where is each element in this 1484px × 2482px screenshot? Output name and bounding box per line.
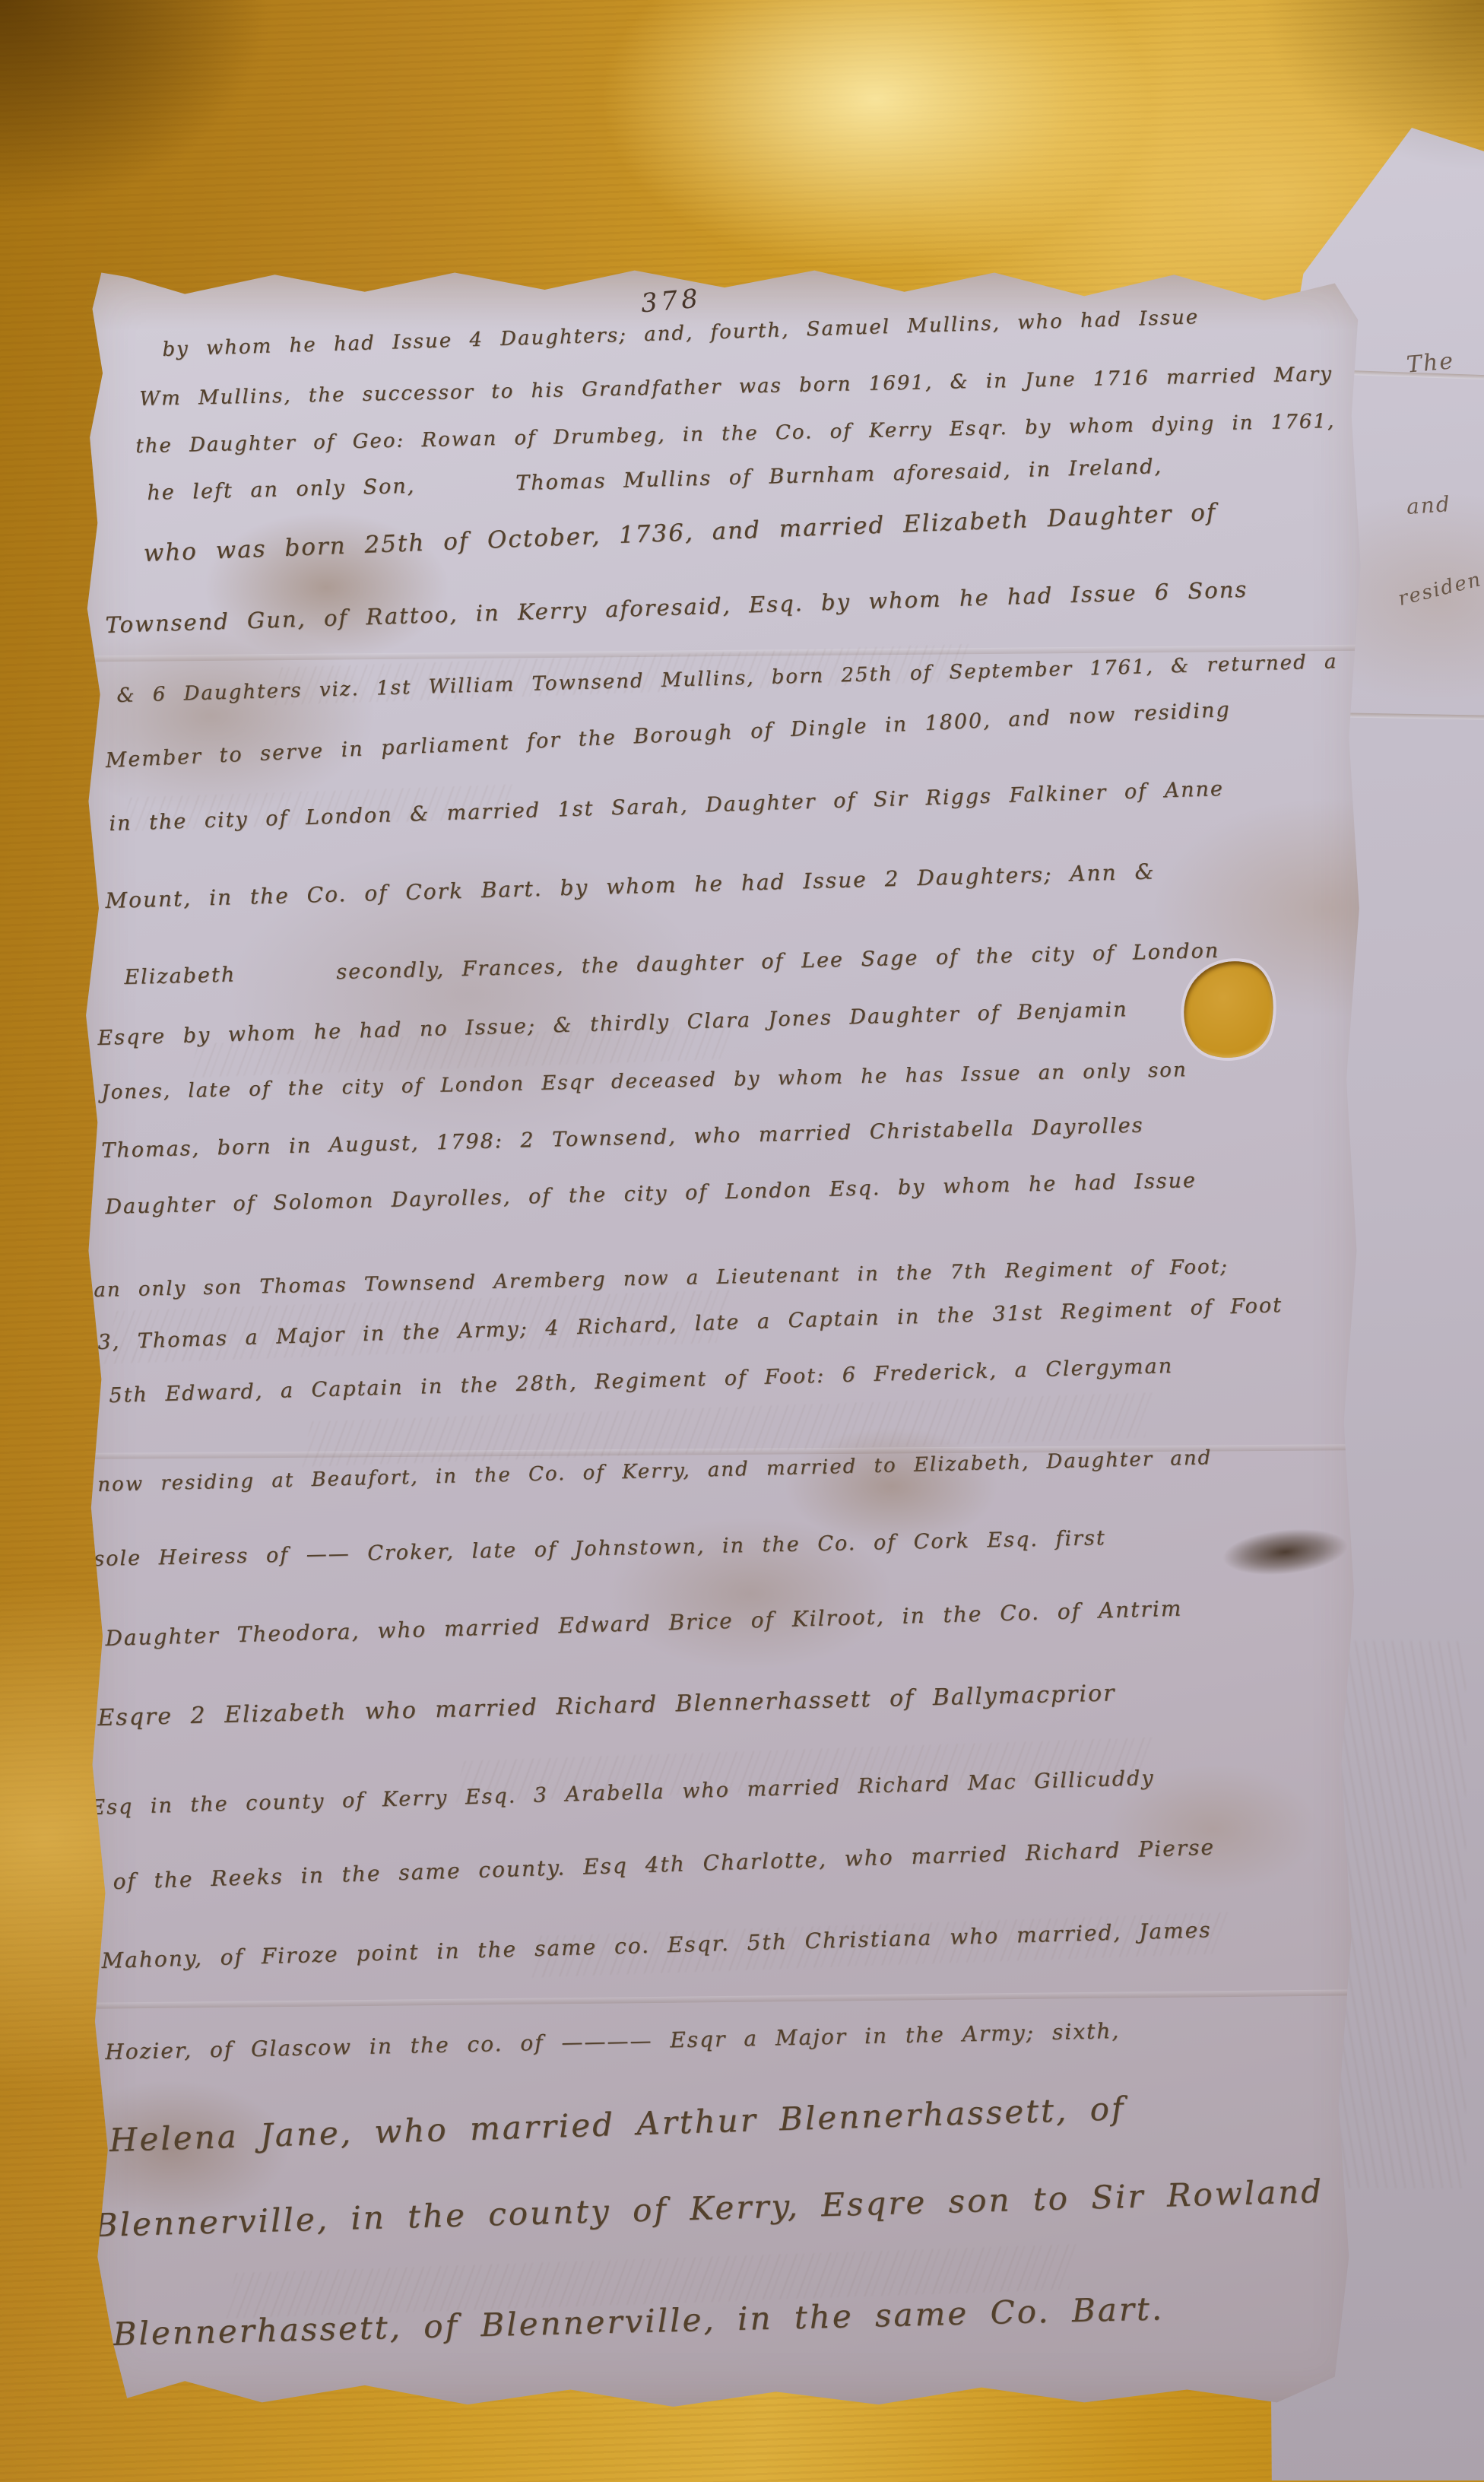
photo-of-manuscript: Theandresiden 378 by whom he had Issue 4… <box>0 0 1484 2482</box>
manuscript-line-26: Hozier, of Glascow in the co. of ———— Es… <box>105 2018 1121 2065</box>
manuscript-line-9: in the city of London & married 1st Sara… <box>109 777 1224 836</box>
adjacent-page-fragment-3: residen <box>1396 568 1484 611</box>
manuscript-line-5: who was born 25th of October, 1736, and … <box>143 499 1217 567</box>
manuscript-line-22: Esqre 2 Elizabeth who married Richard Bl… <box>97 1680 1116 1731</box>
manuscript-line-21: Daughter Theodora, who married Edward Br… <box>105 1595 1183 1651</box>
manuscript-line-28: Blennerville, in the county of Kerry, Es… <box>94 2173 1324 2244</box>
manuscript-line-15: Daughter of Solomon Dayrolles, of the ci… <box>105 1169 1197 1219</box>
manuscript-line-10: Mount, in the Co. of Cork Bart. by whom … <box>105 859 1156 913</box>
page-number: 378 <box>639 284 702 319</box>
manuscript-line-8: Member to serve in parliament for the Bo… <box>105 698 1231 773</box>
adjacent-page-fragment-1: The <box>1406 348 1456 378</box>
manuscript-line-4: he left an only Son, Thomas Mullins of B… <box>147 455 1162 505</box>
ink-smudge-strikethrough <box>1220 1524 1349 1581</box>
paper-hole <box>1173 950 1286 1068</box>
manuscript-line-6: Townsend Gun, of Rattoo, in Kerry afores… <box>105 576 1248 638</box>
manuscript-line-11: Elizabeth secondly, Frances, the daughte… <box>124 939 1220 989</box>
page-crease <box>82 1989 1367 2009</box>
manuscript-line-24: of the Reeks in the same county. Esq 4th… <box>113 1834 1215 1894</box>
manuscript-line-2: Wm Mullins, the successor to his Grandfa… <box>139 363 1333 411</box>
manuscript-line-27: Helena Jane, who married Arthur Blennerh… <box>109 2090 1126 2159</box>
adjacent-page-fragment-2: and <box>1406 491 1452 519</box>
manuscript-line-3: the Daughter of Geo: Rowan of Drumbeg, i… <box>135 410 1335 458</box>
manuscript-line-20: sole Heiress of —— Croker, late of Johns… <box>94 1526 1106 1571</box>
manuscript-line-14: Thomas, born in August, 1798: 2 Townsend… <box>101 1113 1144 1163</box>
manuscript-page: 378 by whom he had Issue 4 Daughters; an… <box>82 266 1367 2407</box>
